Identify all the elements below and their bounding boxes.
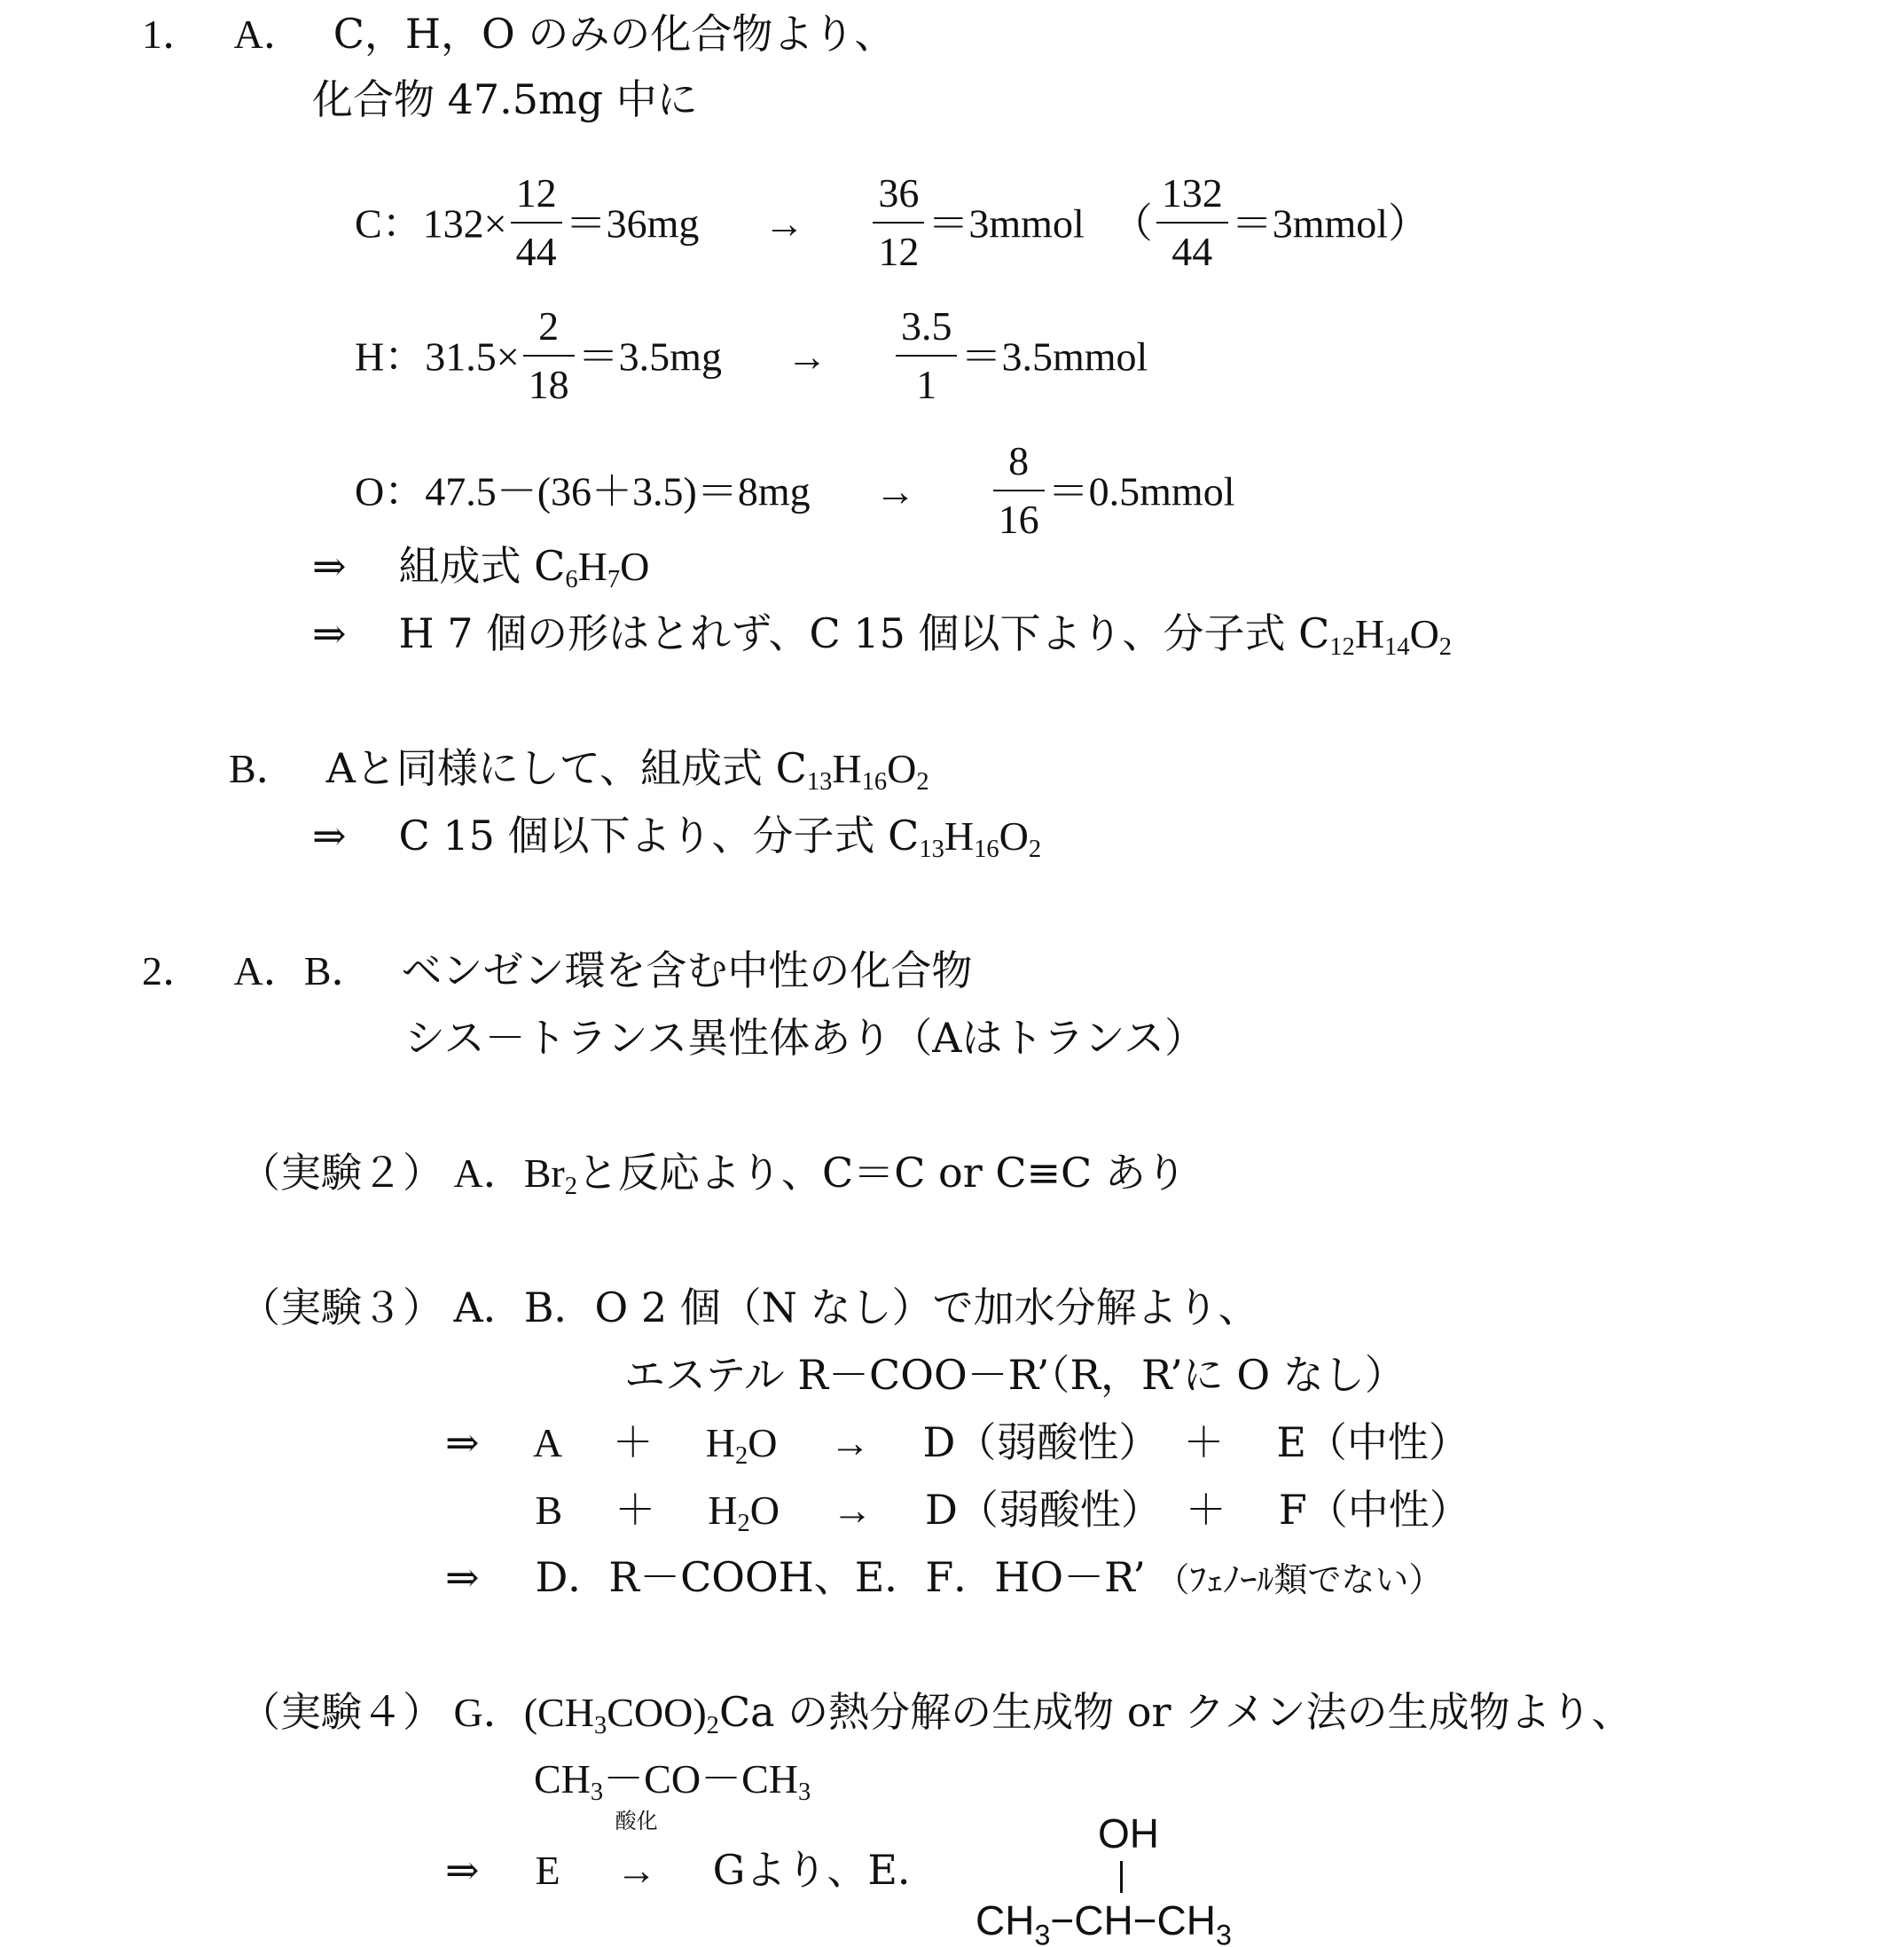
implies-icon: ⇒ (312, 544, 347, 589)
carbon-mass-result: ＝36mg (566, 201, 700, 247)
molecular-formula-b-line: ⇒ C 15 個以下より、分子式 C13H16O2 (312, 811, 1041, 861)
part-b-line: B． Aと同様にして、組成式 C13H16O2 (229, 743, 929, 794)
experiment3-line2: エステル R－COO－R’（R，R’に O なし） (624, 1350, 1406, 1400)
structure-oh: OH (1098, 1811, 1159, 1856)
oxidation-label: 酸化 (615, 1810, 658, 1832)
experiment2-label: （実験２） (239, 1149, 443, 1197)
hydrolysis-eq-b: ⇒ B ＋ H2O → D（弱酸性） ＋ F（中性） (445, 1485, 1470, 1535)
section1-intro-line: 1． A． C，H，O のみの化合物より、 (142, 9, 895, 59)
section2-line1: 2． A．B． ベンゼン環を含む中性の化合物 (142, 946, 972, 996)
hydrogen-mass-result: ＝3.5mg (578, 334, 722, 380)
oxidation-arrow: 酸化 → (616, 1846, 657, 1896)
co2-fraction: 13244 (1156, 165, 1228, 280)
hydrogen-prefix: H：31.5× (355, 334, 520, 380)
experiment4-line1: （実験４） G．(CH3COO)2Ca の熱分解の生成物 or クメン法の生成物… (239, 1687, 1633, 1738)
vertical-bond (1120, 1861, 1123, 1893)
implies-icon: ⇒ (445, 1555, 480, 1600)
hydrogen-fraction-mmol: 3.51 (896, 298, 958, 413)
implies-icon: ⇒ (445, 1420, 480, 1465)
acetone-formula: CH3－CO－CH3 (534, 1755, 811, 1804)
hydrolysis-eq-a: ⇒ A ＋ H2O → D（弱酸性） ＋ E（中性） (445, 1417, 1469, 1468)
carbon-calc-line: C：132×1244＝36mg → 3612＝3mmol （13244＝3mmo… (355, 170, 1429, 286)
implies-icon: ⇒ (312, 813, 347, 859)
arrow-icon: → (875, 469, 916, 514)
oxygen-mmol-result: ＝0.5mmol (1048, 469, 1235, 514)
hydrogen-mmol-result: ＝3.5mmol (960, 334, 1148, 380)
co2-mmol-result: ＝3mmol） (1232, 201, 1429, 247)
structure-chain: CH3−CH−CH3 (976, 1898, 1232, 1943)
carbon-fraction-mmol: 3612 (873, 165, 924, 280)
molecular-formula-a-line: ⇒ H 7 個の形はとれず、C 15 個以下より、分子式 C12H14O2 (312, 608, 1452, 659)
arrow-icon: → (832, 1488, 873, 1533)
implies-icon: ⇒ (312, 611, 347, 656)
section2-number: 2． (142, 948, 203, 993)
oxygen-expression: O：47.5－(36＋3.5)＝8mg (355, 469, 811, 514)
experiment3-line1: （実験３） A．B．O 2 個（N なし）で加水分解より、 (239, 1283, 1259, 1333)
oxygen-calc-line: O：47.5－(36＋3.5)＝8mg → 816＝0.5mmol (355, 438, 1234, 553)
implies-icon: ⇒ (445, 1848, 480, 1893)
section2-line2: シス－トランス異性体あり（Aはトランス） (404, 1013, 1205, 1063)
part-a-intro: C，H，O のみの化合物より、 (333, 10, 896, 58)
hydrogen-fraction-mass: 218 (523, 298, 575, 413)
arrow-icon: → (787, 334, 827, 380)
phenol-note: （ﾌｪﾉｰﾙ類でない） (1156, 1560, 1442, 1599)
arrow-icon: → (829, 1420, 870, 1465)
oxygen-fraction-mmol: 816 (993, 433, 1045, 548)
part-b-label: B． (229, 746, 297, 791)
experiment2-line: （実験２） A．Br2と反応より、C＝C or C≡C あり (239, 1148, 1187, 1198)
carbon-prefix: C：132× (355, 201, 507, 247)
empirical-formula-line: ⇒ 組成式 C6H7O (312, 541, 649, 592)
carbon-mmol-result: ＝3mmol (928, 201, 1084, 247)
arrow-icon: → (764, 201, 804, 247)
arrow-icon: → (616, 1848, 657, 1893)
section2-label: A．B． (233, 948, 372, 993)
section1-number: 1． (142, 12, 203, 57)
sample-mass-line: 化合物 47.5mg 中に (312, 75, 698, 124)
hydrogen-calc-line: H：31.5×218＝3.5mg → 3.51＝3.5mmol (355, 303, 1148, 419)
experiment4-label: （実験４） (239, 1688, 443, 1736)
carbon-fraction-mass: 1244 (511, 165, 562, 280)
experiment3-label: （実験３） (239, 1284, 443, 1331)
hydrolysis-conclusion: ⇒ D．R－COOH、E．F．HO－R’ （ﾌｪﾉｰﾙ類でない） (445, 1552, 1442, 1605)
oxidation-line: ⇒ E 酸化 → Gより、E． (445, 1845, 938, 1896)
part-a-label: A． (233, 12, 303, 57)
